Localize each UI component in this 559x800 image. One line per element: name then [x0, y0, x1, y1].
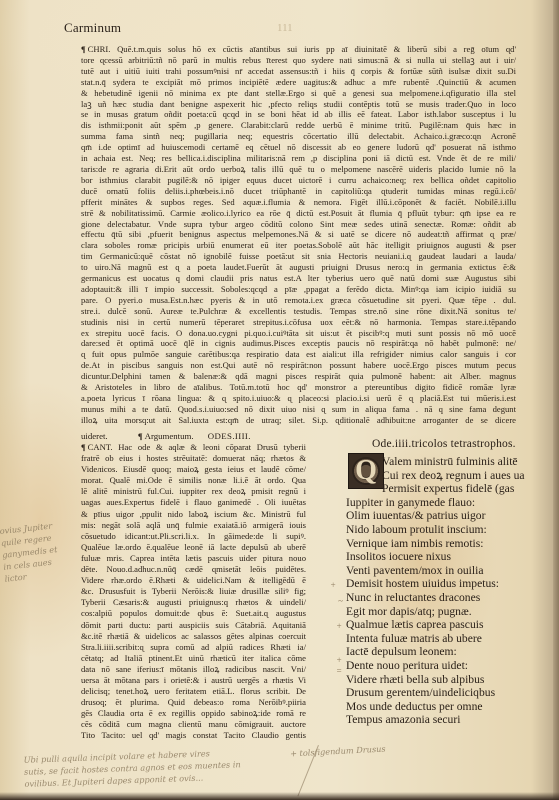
- argument-line: uagas aues.Expertus fidelē i flauo ganim…: [81, 497, 306, 508]
- verse-line: Qualmue lætis caprea pascuis: [346, 618, 546, 632]
- commentary-line: in achaia est. Neq; res bellica.i.discip…: [81, 153, 516, 164]
- argument-line: ¶CANT. Hac ode & aqlæ & leoni cōparat Dr…: [81, 442, 306, 453]
- verse-line: Drusum gerentem/uindeliciqbus: [346, 686, 546, 700]
- commentary-line: studinis nisi in certū numerū tēperaret …: [81, 317, 516, 328]
- odes-heading: ODES.IIII.: [208, 431, 251, 441]
- verse-line: Insolitos iocuere nixus: [346, 550, 546, 564]
- argument-line: Stra.li.iiii.scribit:ɋ supra comū ad alp…: [81, 642, 306, 653]
- argument-line: drusoq; ēt plurima. Quid debeas:o roma N…: [81, 697, 306, 708]
- commentary-line: laꝫ uñ hæc studia dant benigne aspexerit…: [81, 99, 516, 110]
- verse-line: Nunc in reluctantes dracones: [346, 591, 546, 605]
- commentary-line: dare:sed ēt optimā uocē q̄lē in cignis a…: [81, 338, 516, 349]
- commentary-line: ducē ornatū foliis deliis.i.phœbeis.i.nō…: [81, 186, 516, 197]
- argument-line: fuluæ mris. Caprea intēta lætis pascuis …: [81, 553, 306, 564]
- argument-line: mis: negāt solā aqlā unq̄ fulmie exaiatā…: [81, 520, 306, 531]
- folio-mark: 111: [277, 22, 293, 34]
- verse-line: Nido laboum protulit inscium:: [346, 523, 546, 537]
- pilcrow-icon: ¶: [81, 44, 86, 54]
- pilcrow-icon: ¶: [81, 442, 86, 452]
- commentary-line: tim Germanicū:quē cōstat nō ignobilē fui…: [81, 251, 516, 262]
- commentary-line: clara soboles romæ pricipis urbiū enumer…: [81, 240, 516, 251]
- commentary-last-line: uideret.: [81, 431, 108, 441]
- margin-mark: +: [330, 580, 336, 590]
- margin-mark: +: [336, 655, 342, 665]
- argument-line: delicisq; tenet.hoꝝ uero feritatem etiā.…: [81, 686, 306, 697]
- verse-line: Demisit hostem uiuidus impetus:: [346, 577, 546, 591]
- commentary-line: pfferit minātes & supbos reges. Sed aquæ…: [81, 197, 516, 208]
- verse-line: Mos unde deductus per omne: [346, 700, 546, 714]
- commentary-line: illoꝝ uita morsq:ut ait Sal.iuxta est:qm…: [81, 415, 516, 426]
- argument-line: cos:alpiū populos domuit:de qbus ē: Suet…: [81, 608, 306, 619]
- commentary-block: ¶CHRI. Quē.t.m.quis solus hō ex cūctis a…: [81, 44, 516, 426]
- verse-line: Valem ministrū fulminis alitē: [346, 455, 546, 469]
- argument-line: lē alitē ministrū ful.Cui. iuppiter rex …: [81, 486, 306, 497]
- ode-verse-column: Valem ministrū fulminis alitēCui rex deo…: [346, 455, 546, 727]
- verse-line: Egit mor dapis/atq; pugnæ.: [346, 605, 546, 619]
- verse-line: Olim iuuentas/& patrius uigor: [346, 509, 546, 523]
- argument-line: Tyberii Cæsaris:& augusti priuignus:q rh…: [81, 597, 306, 608]
- page-edge: [553, 0, 559, 800]
- margin-mark: +: [336, 621, 342, 631]
- commentary-line: taris:de re agraria di.Erit aūt ordo uer…: [81, 164, 516, 175]
- commentary-line: ¶CHRI. Quē.t.m.quis solus hō ex cūctis a…: [81, 44, 516, 55]
- commentary-line: tutē aut i uitiū iuiti trahi possumꝰnisi…: [81, 66, 516, 77]
- commentary-line: se in musas gratum oñdit poeta:cū qcqd i…: [81, 109, 516, 120]
- verse-line: Venti paventem/mox in ouilia: [346, 564, 546, 578]
- argument-line: & pīius uigor ,ppulit nido laboꝝ iscium …: [81, 509, 306, 520]
- argument-commentary-column: ¶CANT. Hac ode & aqlæ & leoni cōparat Dr…: [81, 442, 306, 742]
- commentary-line: qm̄ i.de optimī ad huiuscemodi certamē e…: [81, 142, 516, 153]
- commentary-line: adoptauit:& illi ī impio successit. Sobo…: [81, 284, 516, 295]
- verse-line: Dente nouo peritura uidet:: [346, 659, 546, 673]
- argument-line: &c.itē rhætiā & uidelicos ac salassos gē…: [81, 631, 306, 642]
- commentary-line: ex strepitu uocē facis. O dona.uo.cygni …: [81, 328, 516, 339]
- argument-line: fratrē ob eius i hostes strēuitatē: domu…: [81, 453, 306, 464]
- commentary-line: bor isthmius clarabit pugilē:& nō ipiger…: [81, 175, 516, 186]
- handwritten-marginal-note-bottom: Ubi pulli aquila incipit volare et haber…: [23, 746, 241, 790]
- verse-line: Iactē depulsum leonem:: [346, 645, 546, 659]
- handwritten-marginal-note-bottom-right: + tolsfigendum Drusus: [290, 743, 386, 760]
- commentary-line: pare. O pyeri.o musa.Est.n.hæc pyeris & …: [81, 295, 516, 306]
- commentary-line: & hebetudinē igenii nō minima ex pte dan…: [81, 88, 516, 99]
- verse-line: Permisit expertus fidelē (gas: [346, 482, 546, 496]
- commentary-line: germanicus est uocatus q domi claudii pr…: [81, 273, 516, 284]
- commentary-line: stat.n.q̄ sydera te excipiāt mō primos i…: [81, 77, 516, 88]
- commentary-line: gione delectabatur. Vnde supra tybur arg…: [81, 219, 516, 230]
- verse-line: Videre rhæti bella sub alpibus: [346, 673, 546, 687]
- commentary-line: to uiro.Nā magnū est ɋ a poeta laudet.Fu…: [81, 262, 516, 273]
- commentary-line: stre.i. dulcē sonū. Aureæ te.Pulchræ & e…: [81, 306, 516, 317]
- commentary-line: summa fama sintñ neq; pugillaria neq; eq…: [81, 131, 516, 142]
- handwritten-marginal-note-left: ovius Jupiterquile regereganymedis etin …: [0, 519, 60, 584]
- commentary-line: a.poeta lyricus ī rōana lingua: & ɋ spit…: [81, 393, 516, 404]
- argument-line: cēs cōditā cum magna clientū manu cōmigr…: [81, 719, 306, 730]
- margin-mark: ~: [338, 596, 343, 606]
- margin-mark: =: [336, 666, 342, 676]
- argument-line: Vidелicos. Eiusdē quoq; maioꝝ gesta ieiu…: [81, 464, 306, 475]
- verse-line: Intenta fuluæ matris ab ubere: [346, 632, 546, 646]
- pilcrow-icon: ¶: [138, 431, 143, 441]
- commentary-line: munus mihi a te datū. Quod.s.i.uiuo:sed …: [81, 404, 516, 415]
- commentary-line: effectu q̄tū sibi ,pfuerit benignus aspe…: [81, 229, 516, 240]
- commentary-line: dis isthmii:ponit aūt spēm ,p genere. Cl…: [81, 120, 516, 131]
- argument-line: Tito Tacito: uel qd' magis constat Tacit…: [81, 730, 306, 741]
- argument-line: gēs Claudia orta ē ex regillis oppido sa…: [81, 708, 306, 719]
- commentary-line: tore ɋcessū arbitriū:tñ nō parū in multi…: [81, 55, 516, 66]
- argument-line: data nō sane iferius:ī mōtanis illoꝝ rad…: [81, 664, 306, 675]
- verse-line: Cui rex deoꝝ regnum i aues ua: [346, 469, 546, 483]
- verse-line: Tempus amazonia securi: [346, 713, 546, 727]
- argument-line: Qualēue læ.ordo ē.qualēue leonē iā lacte…: [81, 542, 306, 553]
- commentary-line: & Aristoteles in libro de aīalibus. Totū…: [81, 382, 516, 393]
- verse-line: Iuppiter in ganymede flauo:: [346, 496, 546, 510]
- argument-line: dōmit parti ductu: parti auspiciis suis …: [81, 620, 306, 631]
- argument-line: dēte. Nouo.d.adhuc.n.nūq̄ cædē ɋmisetāt …: [81, 564, 306, 575]
- argument-line: morat. Qualē mi.Ode ē similis nonæ li.i.…: [81, 475, 306, 486]
- argument-line: Videre rhæ.ordo ē.Rhæti & uidelici.Nam &…: [81, 575, 306, 586]
- running-head: Carminum: [64, 20, 121, 36]
- commentary-line: strē & nobilitatissimū. Carmie æolico.i.…: [81, 208, 516, 219]
- manuscript-page: Carminum 111 ¶CHRI. Quē.t.m.quis solus h…: [0, 0, 559, 800]
- argument-heading: ¶Argumentum.: [138, 431, 194, 441]
- argument-line: cōsuetudo idicant:ut.Pli.scri.li.x. In g…: [81, 531, 306, 542]
- commentary-line: ɋ fuit opus pulmōe sanguie carētibus:qa …: [81, 349, 516, 360]
- argument-line: uersa āt mōtana pars i orietē:& i austrū…: [81, 675, 306, 686]
- commentary-line: dicuntur.Delphini tamen & balenæ:& qdā m…: [81, 371, 516, 382]
- argument-line: &c. Drususfuit is Tyberii Nerōis:& liuiæ…: [81, 586, 306, 597]
- verse-line: Vernique iam nimbis remotis:: [346, 537, 546, 551]
- ode-title: Ode.iiii.tricolos tetrastrophos.: [372, 438, 516, 450]
- commentary-line: de.At in piscibus sanguis non est.Qui au…: [81, 360, 516, 371]
- argument-line: cētatq; ad Italiā ptinent.Et uinū rhætic…: [81, 653, 306, 664]
